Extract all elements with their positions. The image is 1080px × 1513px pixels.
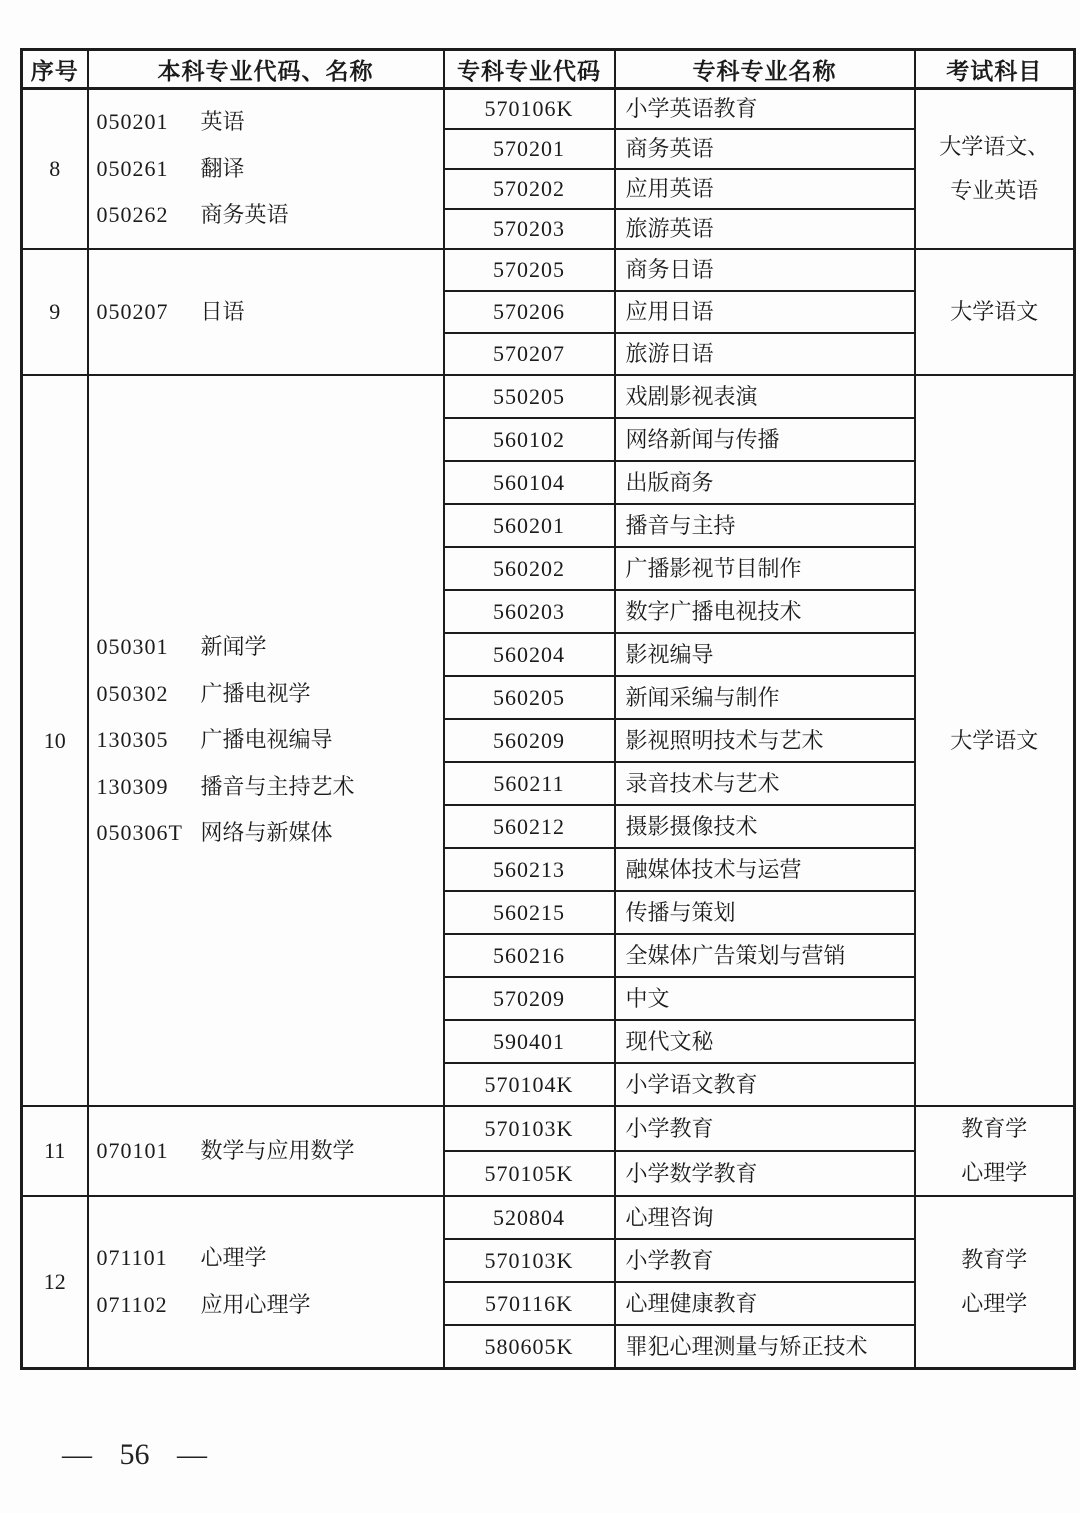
associate-major-code-cell: 520804 <box>444 1196 615 1239</box>
associate-major-name-cell: 中文 <box>615 977 915 1020</box>
associate-major-name-cell: 戏剧影视表演 <box>615 375 915 418</box>
associate-major-name-cell: 现代文秘 <box>615 1020 915 1063</box>
associate-major-code-cell: 560205 <box>444 676 615 719</box>
exam-subject-line: 大学语文 <box>916 719 1074 763</box>
associate-major-name-cell: 传播与策划 <box>615 891 915 934</box>
undergraduate-major-code: 071101 <box>97 1235 201 1282</box>
associate-major-code-cell: 560102 <box>444 418 615 461</box>
associate-major-name-cell: 旅游日语 <box>615 333 915 375</box>
exam-subject-line: 专业英语 <box>916 169 1074 213</box>
associate-major-name-cell: 小学英语教育 <box>615 89 915 130</box>
exam-subjects-cell: 大学语文 <box>915 375 1075 1106</box>
associate-major-name-cell: 录音技术与艺术 <box>615 762 915 805</box>
exam-subject-line: 心理学 <box>916 1282 1074 1326</box>
associate-major-code-cell: 570203 <box>444 209 615 249</box>
associate-major-name-cell: 商务英语 <box>615 129 915 169</box>
associate-major-code-cell: 590401 <box>444 1020 615 1063</box>
undergraduate-major-name: 日语 <box>201 289 439 336</box>
sequence-number-cell: 8 <box>22 89 88 250</box>
undergraduate-major-code: 130309 <box>97 764 201 811</box>
associate-major-code-cell: 560204 <box>444 633 615 676</box>
undergraduate-major-code: 050302 <box>97 671 201 718</box>
col-header-associate-code: 专科专业代码 <box>444 50 615 89</box>
associate-major-code-cell: 560209 <box>444 719 615 762</box>
undergraduate-major-name: 英语 <box>201 99 439 146</box>
associate-major-code-cell: 570202 <box>444 169 615 209</box>
associate-major-code-cell: 570205 <box>444 249 615 291</box>
associate-major-name-cell: 心理咨询 <box>615 1196 915 1239</box>
undergraduate-major-line: 050201英语 <box>97 99 439 146</box>
associate-major-name-cell: 出版商务 <box>615 461 915 504</box>
page-number: — 56 — <box>62 1438 207 1472</box>
associate-major-name-cell: 新闻采编与制作 <box>615 676 915 719</box>
associate-major-code-cell: 560215 <box>444 891 615 934</box>
associate-major-code-cell: 570201 <box>444 129 615 169</box>
exam-subjects-cell: 大学语文 <box>915 249 1075 375</box>
undergraduate-major-line: 071101心理学 <box>97 1235 439 1282</box>
associate-major-name-cell: 网络新闻与传播 <box>615 418 915 461</box>
associate-major-code-cell: 560104 <box>444 461 615 504</box>
undergraduate-major-name: 应用心理学 <box>201 1282 439 1329</box>
associate-major-name-cell: 心理健康教育 <box>615 1282 915 1325</box>
exam-subject-line: 心理学 <box>916 1151 1074 1195</box>
sequence-number-cell: 9 <box>22 249 88 375</box>
undergraduate-major-name: 商务英语 <box>201 192 439 239</box>
undergraduate-major-line: 050306T网络与新媒体 <box>97 810 439 857</box>
associate-major-code-cell: 570106K <box>444 89 615 130</box>
associate-major-code-cell: 570103K <box>444 1106 615 1151</box>
undergraduate-major-code: 130305 <box>97 717 201 764</box>
undergraduate-major-name: 翻译 <box>201 146 439 193</box>
undergraduate-major-name: 心理学 <box>201 1235 439 1282</box>
associate-major-code-cell: 560212 <box>444 805 615 848</box>
table-row: 11070101数学与应用数学570103K小学教育教育学心理学 <box>22 1106 1075 1151</box>
undergraduate-major-code: 070101 <box>97 1128 201 1175</box>
exam-subject-line: 教育学 <box>916 1238 1074 1282</box>
undergraduate-major-name: 广播电视编导 <box>201 717 439 764</box>
associate-major-code-cell: 570104K <box>444 1063 615 1106</box>
undergraduate-major-line: 050261翻译 <box>97 146 439 193</box>
associate-major-name-cell: 商务日语 <box>615 249 915 291</box>
exam-subject-line: 大学语文 <box>916 290 1074 334</box>
associate-major-code-cell: 570103K <box>444 1239 615 1282</box>
undergraduate-majors-cell: 050207日语 <box>88 249 444 375</box>
undergraduate-major-name: 数学与应用数学 <box>201 1128 439 1175</box>
exam-subject-line: 教育学 <box>916 1107 1074 1151</box>
associate-major-code-cell: 580605K <box>444 1325 615 1369</box>
undergraduate-major-code: 050261 <box>97 146 201 193</box>
undergraduate-major-name: 广播电视学 <box>201 671 439 718</box>
undergraduate-major-line: 050301新闻学 <box>97 624 439 671</box>
associate-major-name-cell: 小学语文教育 <box>615 1063 915 1106</box>
undergraduate-major-line: 071102应用心理学 <box>97 1282 439 1329</box>
associate-major-name-cell: 应用英语 <box>615 169 915 209</box>
sequence-number-cell: 10 <box>22 375 88 1106</box>
undergraduate-major-line: 070101数学与应用数学 <box>97 1128 439 1175</box>
document-page: 序号 本科专业代码、名称 专科专业代码 专科专业名称 考试科目 8050201英… <box>0 0 1080 1513</box>
undergraduate-major-code: 050201 <box>97 99 201 146</box>
col-header-undergrad: 本科专业代码、名称 <box>88 50 444 89</box>
associate-major-code-cell: 570207 <box>444 333 615 375</box>
table-row: 9050207日语570205商务日语大学语文 <box>22 249 1075 291</box>
undergraduate-majors-cell: 070101数学与应用数学 <box>88 1106 444 1196</box>
associate-major-code-cell: 570116K <box>444 1282 615 1325</box>
undergraduate-major-code: 050306T <box>97 810 201 857</box>
undergraduate-majors-cell: 050201英语050261翻译050262商务英语 <box>88 89 444 250</box>
col-header-associate-name: 专科专业名称 <box>615 50 915 89</box>
undergraduate-major-code: 050262 <box>97 192 201 239</box>
undergraduate-major-line: 130305广播电视编导 <box>97 717 439 764</box>
associate-major-code-cell: 570105K <box>444 1151 615 1196</box>
undergraduate-major-code: 050207 <box>97 289 201 336</box>
associate-major-name-cell: 全媒体广告策划与营销 <box>615 934 915 977</box>
undergraduate-majors-cell: 050301新闻学050302广播电视学130305广播电视编导130309播音… <box>88 375 444 1106</box>
col-header-seq: 序号 <box>22 50 88 89</box>
associate-major-code-cell: 570209 <box>444 977 615 1020</box>
undergraduate-major-line: 130309播音与主持艺术 <box>97 764 439 811</box>
sequence-number-cell: 11 <box>22 1106 88 1196</box>
associate-major-name-cell: 广播影视节目制作 <box>615 547 915 590</box>
associate-major-code-cell: 560201 <box>444 504 615 547</box>
associate-major-name-cell: 应用日语 <box>615 291 915 333</box>
undergraduate-major-line: 050302广播电视学 <box>97 671 439 718</box>
associate-major-code-cell: 550205 <box>444 375 615 418</box>
undergraduate-majors-cell: 071101心理学071102应用心理学 <box>88 1196 444 1369</box>
associate-major-code-cell: 560211 <box>444 762 615 805</box>
associate-major-code-cell: 560203 <box>444 590 615 633</box>
associate-major-name-cell: 播音与主持 <box>615 504 915 547</box>
exam-subjects-cell: 教育学心理学 <box>915 1106 1075 1196</box>
associate-major-name-cell: 影视编导 <box>615 633 915 676</box>
undergraduate-major-name: 播音与主持艺术 <box>201 764 439 811</box>
exam-subject-line: 大学语文、 <box>916 125 1074 169</box>
associate-major-code-cell: 560202 <box>444 547 615 590</box>
associate-major-name-cell: 融媒体技术与运营 <box>615 848 915 891</box>
associate-major-name-cell: 小学教育 <box>615 1106 915 1151</box>
associate-major-code-cell: 560213 <box>444 848 615 891</box>
undergraduate-major-line: 050262商务英语 <box>97 192 439 239</box>
undergraduate-major-name: 新闻学 <box>201 624 439 671</box>
associate-major-name-cell: 影视照明技术与艺术 <box>615 719 915 762</box>
table-row: 10050301新闻学050302广播电视学130305广播电视编导130309… <box>22 375 1075 418</box>
associate-major-name-cell: 小学教育 <box>615 1239 915 1282</box>
undergraduate-major-line: 050207日语 <box>97 289 439 336</box>
exam-subjects-cell: 教育学心理学 <box>915 1196 1075 1369</box>
associate-major-code-cell: 570206 <box>444 291 615 333</box>
associate-major-name-cell: 旅游英语 <box>615 209 915 249</box>
associate-major-name-cell: 小学数学教育 <box>615 1151 915 1196</box>
header-row: 序号 本科专业代码、名称 专科专业代码 专科专业名称 考试科目 <box>22 50 1075 89</box>
majors-table: 序号 本科专业代码、名称 专科专业代码 专科专业名称 考试科目 8050201英… <box>20 48 1076 1370</box>
associate-major-name-cell: 摄影摄像技术 <box>615 805 915 848</box>
sequence-number-cell: 12 <box>22 1196 88 1369</box>
col-header-exam-subjects: 考试科目 <box>915 50 1075 89</box>
table-row: 12071101心理学071102应用心理学520804心理咨询教育学心理学 <box>22 1196 1075 1239</box>
associate-major-code-cell: 560216 <box>444 934 615 977</box>
table-row: 8050201英语050261翻译050262商务英语570106K小学英语教育… <box>22 89 1075 130</box>
undergraduate-major-code: 071102 <box>97 1282 201 1329</box>
exam-subjects-cell: 大学语文、专业英语 <box>915 89 1075 250</box>
associate-major-name-cell: 罪犯心理测量与矫正技术 <box>615 1325 915 1369</box>
undergraduate-major-code: 050301 <box>97 624 201 671</box>
associate-major-name-cell: 数字广播电视技术 <box>615 590 915 633</box>
undergraduate-major-name: 网络与新媒体 <box>201 810 439 857</box>
